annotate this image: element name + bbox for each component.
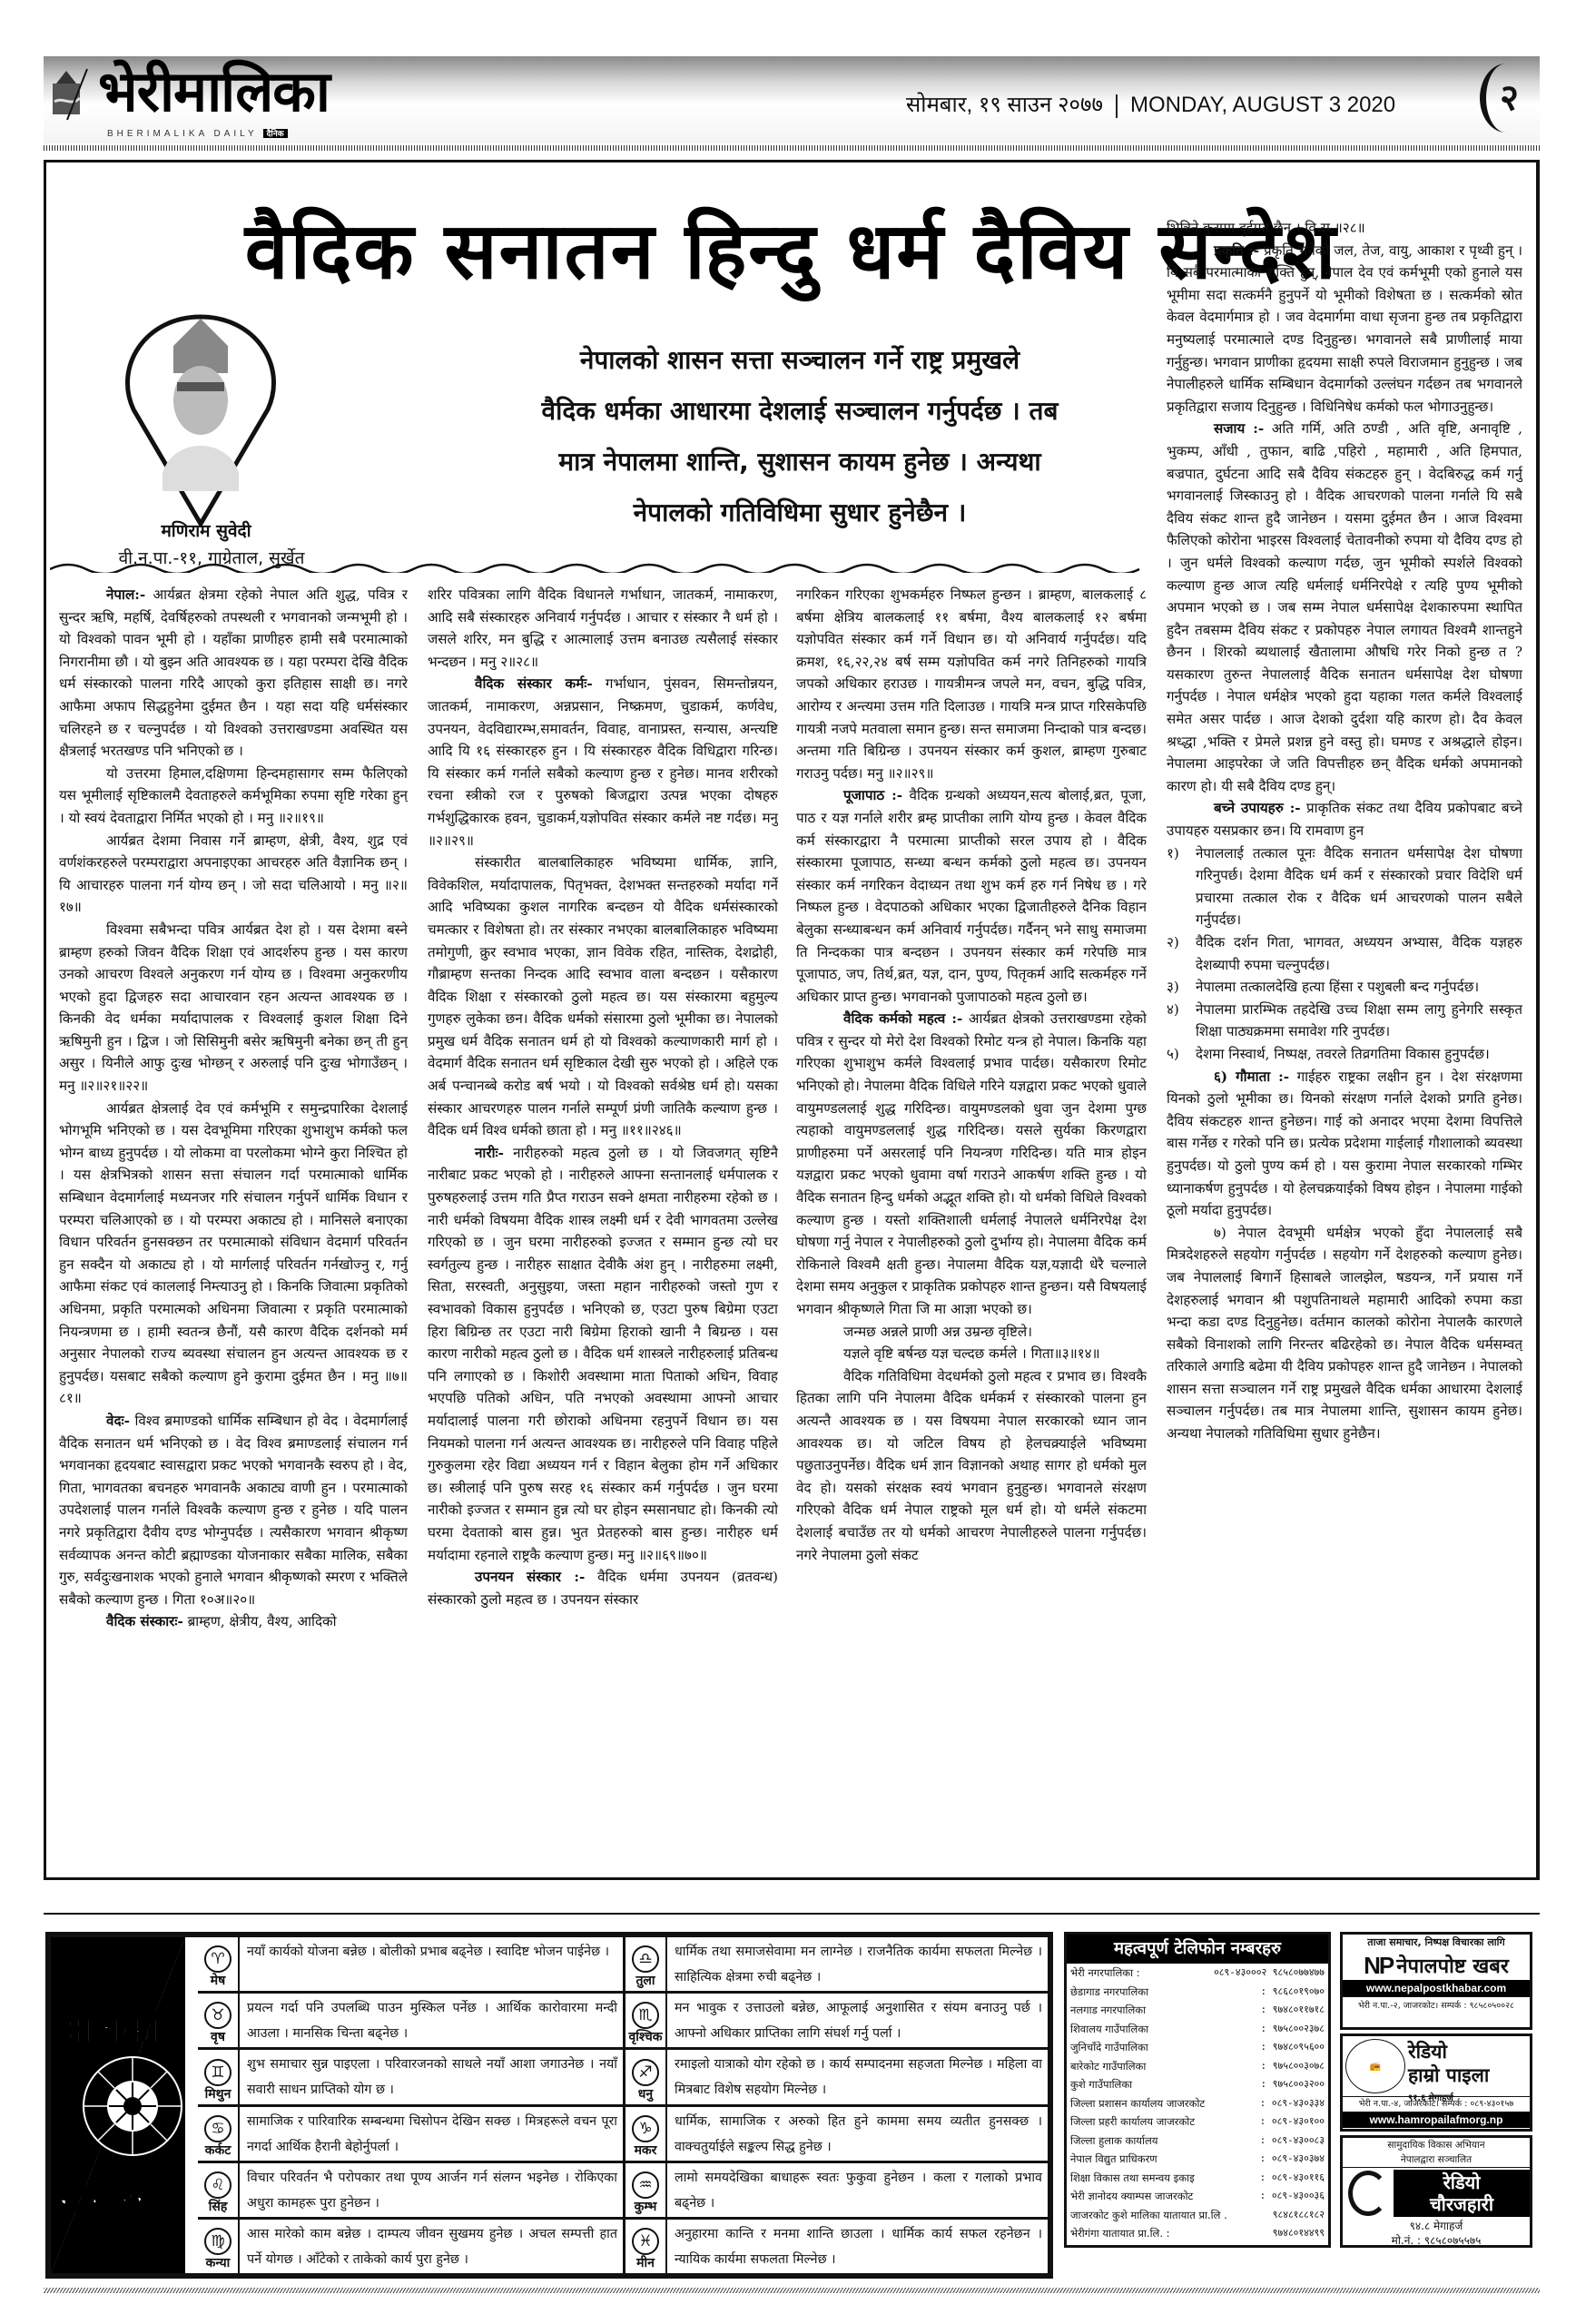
article-column-2: शरिर पवित्रका लागि वैदिक विधानले गर्भाधा… [428,584,778,1873]
horoscope-text: विचार परिवर्तन भै परोपकार तथा पूण्य आर्ज… [240,2163,623,2217]
page-number: २ [1480,64,1532,133]
phone-entry: भेरी नगरपालिका :०८९-४३०००२ ९८५८०७७४७७ [1067,1964,1328,1983]
horoscope-column-right: ♎तुला धार्मिक तथा समाजसेवामा मन लाग्नेछ … [623,1937,1048,2273]
sign-name: कर्कट [205,2142,231,2159]
sign-cell: ♓मीन [625,2220,667,2273]
phone-entry: जिल्ला प्रहरी कार्यालय जाजरकोट: ०८९-४३०१… [1067,2112,1328,2132]
taurus-icon: ♉ [204,2002,231,2029]
date-separator [1116,94,1118,118]
horoscope-row-brischik: ♏वृश्चिक मन भावुक र उत्ताउलो बन्नेछ, आफू… [625,1994,1048,2050]
paragraph: सजाय :- अति गर्मि, अति ठण्डी , अति वृष्ट… [1167,418,1522,797]
section-heading: नारीः- [475,1145,504,1161]
sign-name: मिथुन [205,2086,231,2102]
verse-text: जन्मछ अन्नले प्राणी अन्न उम्रन्छ वृष्टिल… [843,1324,1032,1340]
horoscope-text: धार्मिक, सामाजिक र अरुको हित हुने काममा … [667,2107,1048,2161]
horoscope-text: शुभ समाचार सुन्न पाइएला । परिवारजनको साथ… [240,2050,623,2103]
paragraph-text: अति गर्मि, अति ठण्डी , अति वृष्टि, अनावृ… [1167,420,1522,794]
list-number: १) [1167,842,1196,865]
horoscope-row-mithun: ♊मिथुन शुभ समाचार सुन्न पाइएला । परिवारज… [198,2050,623,2106]
cancer-icon: ♋ [204,2115,231,2142]
paragraph-text: वैदिक गतिविधिमा वेदधर्मको ठुलो महत्व र प… [796,1368,1147,1563]
sign-name: धनु [638,2086,653,2102]
aries-icon: ♈ [204,1945,231,1973]
temple-emblem-icon [51,65,91,123]
phone-entry-name: शिक्षा विकास तथा समन्वय इकाइ [1070,2169,1195,2188]
lead-line: वैदिक धर्मका आधारमा देशलाई सञ्चालन गर्नु… [428,386,1172,437]
phone-entry: जाजरकोट कुशे मालिका यातायात प्रा.लि .९८४… [1067,2206,1328,2225]
phone-number[interactable]: : ९८६८०१९०७० [1261,1983,1325,2002]
sign-name: कुम्भ [635,2199,657,2215]
paragraph: विश्वमा सबैभन्दा पवित्र आर्यब्रत देश हो … [59,919,408,1098]
newspaper-title: भेरीमालिका [98,60,330,123]
paragraph-text: यो उत्तरमा हिमाल,दक्षिणमा हिन्दमहासागर स… [59,765,408,826]
ad-tagline: ताजा समाचार, निष्पक्ष विचारका लागि [1343,1935,1530,1951]
paragraph: प्रकृति :- प्रकृति भनेको जल, तेज, वायु, … [1167,240,1522,419]
radio-name-line1: रेडियो [1408,2040,1530,2063]
hamropaila-contact: भेरी न.पा.-४, जाजरकोट। सम्पर्क : ०८९-४३०… [1343,2096,1530,2112]
libra-icon: ♎ [632,1945,659,1973]
phone-entry-name: जिल्ला प्रशासन कार्यालय जाजरकोट [1070,2094,1205,2113]
chaurjahari-brand: रेडियो चौरजहारी [1343,2168,1530,2219]
list-item: ३)नेपालमा तत्कालदेखि हत्या हिंसा र पशुबल… [1167,976,1522,999]
paragraph-text: भित्रिने कुरामा दुईमत छैन । वि.स.॥२८॥ [1167,220,1365,236]
paragraph-text: विश्व ब्रमाण्डको धार्मिक सम्बिधान हो वेद… [59,1413,408,1608]
phone-entry: नलगाड नगरपालिका: ९७४८०११७१८ [1067,2001,1328,2020]
lead-quote: नेपालको शासन सत्ता सञ्चालन गर्ने राष्ट्र… [428,335,1172,538]
horoscope-text: नयाँ कार्यको योजना बन्नेछ । बोलीको प्रभा… [240,1937,623,1991]
paragraph: वेदः- विश्व ब्रमाण्डको धार्मिक सम्बिधान … [59,1410,408,1610]
horoscope-row-singha: ♌सिंह विचार परिवर्तन भै परोपकार तथा पूण्… [198,2163,623,2220]
lead-line: नेपालको गतिविधिमा सुधार हुनेछैन । [428,487,1172,538]
horoscope-column-left: ♈मेष नयाँ कार्यको योजना बन्नेछ । बोलीको … [198,1937,623,2273]
aquarius-icon: ♒ [632,2171,659,2199]
paragraph: वैदिक संस्कार कर्मः- गर्भाधान, पुंसवन, स… [428,673,778,852]
author-portrait [110,310,291,527]
masthead: भेरीमालिका BHERIMALIKA DAILYदैनिक सोमबार… [44,56,1540,143]
chaurjahari-tagline2: नेपालद्वारा सञ्चालित [1343,2152,1530,2167]
sign-cell: ♌सिंह [198,2163,240,2217]
scorpio-icon: ♏ [632,2002,659,2029]
horoscope-text: धार्मिक तथा समाजसेवामा मन लाग्नेछ । राजन… [667,1937,1048,1991]
horoscope-banner: आजको भाग्यरेखा [51,1937,185,2273]
phone-entry-name: जाजरकोट कुशे मालिका यातायात प्रा.लि . [1070,2206,1227,2225]
list-text: नेपाललाई तत्काल पूनः वैदिक सनातन धर्मसाप… [1196,845,1522,929]
verse-line: जन्मछ अन्नले प्राणी अन्न उम्रन्छ वृष्टिल… [796,1321,1147,1344]
section-heading: वैदिक कर्मको महत्व :- [843,1010,962,1027]
sagittarius-icon: ♐ [632,2059,659,2086]
phone-entry-name: जिल्ला हुलाक कार्यालय [1070,2132,1157,2151]
sign-cell: ♑मकर [625,2107,667,2161]
phone-entry: शिक्षा विकास तथा समन्वय इकाइ: ०८९-४३०११६ [1067,2169,1328,2188]
paragraph-text: आर्यब्रत क्षेत्रको उत्तराखण्डमा रहेको पव… [796,1010,1147,1317]
paragraph: वैदिक संस्कारः- ब्राम्हण, क्षेत्रीय, वैश… [59,1610,408,1633]
paragraph: नेपाल:- आर्यब्रत क्षेत्रमा रहेको नेपाल अ… [59,584,408,763]
author-name: मणिराम सुवेदी [133,518,279,542]
paragraph: यो उत्तरमा हिमाल,दक्षिणमा हिन्दमहासागर स… [59,763,408,830]
phone-entry: छेडागाड नगरपालिका: ९८६८०१९०७० [1067,1983,1328,2002]
paragraph-text: आर्यब्रत देशमा निवास गर्ने ब्राम्हण, क्ष… [59,832,408,916]
section-heading: वैदिक संस्कारः- [106,1613,183,1630]
daily-badge: दैनिक [263,129,288,138]
virgo-icon: ♍ [204,2228,231,2255]
radio-name-line1: रेडियो [1394,2171,1530,2193]
horoscope-row-kumbha: ♒कुम्भ लामो समयदेखिका बाधाहरू स्वतः फुकु… [625,2163,1048,2220]
paragraph: नगरिकन गरिएका शुभकर्महरु निष्फल हुन्छन ।… [796,584,1147,784]
paragraph: बच्ने उपायहरु :- प्राकृतिक संकट तथा दैवि… [1167,797,1522,842]
sign-cell: ♍कन्या [198,2220,240,2273]
paragraph-text: शरिर पवित्रका लागि वैदिक विधानले गर्भाधा… [428,586,778,670]
sign-cell: ♒कुम्भ [625,2163,667,2217]
radio-name: रेडियो हाम्रो पाइला ९१.६ मेगाहर्ज [1408,2036,1530,2096]
phone-entry: जिल्ला हुलाक कार्यालय: ०८९-४३००८३ [1067,2132,1328,2151]
paragraph-text: गाईहरु राष्ट्रका लक्षीन हुन । देश संरक्ष… [1167,1068,1522,1219]
lead-line: नेपालको शासन सत्ता सञ्चालन गर्ने राष्ट्र… [428,335,1172,386]
newspaper-subtitle: BHERIMALIKA DAILYदैनिक [107,127,288,139]
zodiac-wheel-icon [78,2052,185,2161]
radio-name-line2: हाम्रो पाइला [1408,2063,1530,2087]
horoscope-row-meen: ♓मीन अनुहारमा कान्ति र मनमा शान्ति छाउला… [625,2220,1048,2273]
sign-name: कन्या [206,2255,231,2271]
date-english: MONDAY, AUGUST 3 2020 [1130,93,1395,117]
list-item: २)वैदिक दर्शन गिता, भागवत, अध्ययन अभ्यास… [1167,931,1522,976]
phone-entry-name: जिल्ला प्रहरी कार्यालय जाजरकोट [1070,2112,1195,2132]
chaurjahari-header: सामुदायिक विकास अभियान नेपालद्वारा सञ्चा… [1343,2138,1530,2168]
list-text: नेपालमा तत्कालदेखि हत्या हिंसा र पशुबली … [1196,979,1479,995]
sign-cell: ♏वृश्चिक [625,1994,667,2047]
horoscope-row-brish: ♉वृष प्रयत्न गर्दा पनि उपलब्धि पाउन मुस्… [198,1994,623,2050]
phone-entry-name: छेडागाड नगरपालिका [1070,1983,1148,2002]
phone-entry: नेपाल विद्युत प्राधिकरण: ०८९-४३०३७४ [1067,2150,1328,2169]
phone-entry: बारेकोट गाउँपालिका: ९७५८००३०७८ [1067,2057,1328,2076]
radio-name-line2: चौरजहारी [1394,2193,1530,2215]
section-heading: पूजापाठ :- [843,787,902,803]
phone-entry-name: भेरीगंगा यातायात प्रा.लि. : [1070,2224,1170,2243]
paragraph-text: प्रकृति भनेको जल, तेज, वायु, आकाश र पृथ्… [1167,242,1522,415]
paragraph: वैदिक कर्मको महत्व :- आर्यब्रत क्षेत्रको… [796,1008,1147,1320]
phone-directory-title: महत्वपूर्ण टेलिफोन नम्बरहरु [1067,1935,1328,1964]
phone-entry-name: जुनिचाँदे गाउँपालिका [1070,2038,1148,2057]
remedies-list: १)नेपाललाई तत्काल पूनः वैदिक सनातन धर्मस… [1167,842,1522,1066]
phone-number[interactable]: : ०८९-४३०३३४ [1260,2094,1325,2113]
sign-name: मीन [636,2255,655,2271]
article-box: वैदिक सनातन हिन्दु धर्म दैविय सन्देश मणि… [44,160,1540,1880]
paragraph-text: ब्राम्हण, क्षेत्रीय, वैश्य, आदिको [183,1613,337,1630]
chaurjahari-logo-icon [1348,2171,1388,2216]
paragraph-text: आर्यब्रत क्षेत्रमा रहेको नेपाल अति शुद्ध… [59,586,408,759]
horoscope-row-karkat: ♋कर्कट सामाजिक र पारिवारिक सम्बन्धमा चिस… [198,2107,623,2163]
horoscope-text: सामाजिक र पारिवारिक सम्बन्धमा चिसोपन देख… [240,2107,623,2161]
sign-name: तुला [635,1973,655,1989]
list-text: नेपालमा प्रारम्भिक तहदेखि उच्च शिक्षा सम… [1196,1001,1522,1040]
ad-radio-hamro-paila[interactable]: 📻 रेडियो हाम्रो पाइला ९१.६ मेगाहर्ज भेरी… [1340,2033,1532,2132]
chaurjahari-tagline1: सामुदायिक विकास अभियान [1343,2138,1530,2152]
horoscope-grid: ♈मेष नयाँ कार्यको योजना बन्नेछ । बोलीको … [198,1937,1048,2273]
radio-header: 📻 रेडियो हाम्रो पाइला ९१.६ मेगाहर्ज [1343,2036,1530,2096]
phone-number[interactable]: : ९७४८०११७१८ [1261,2001,1325,2020]
phone-entry-name: नेपाल विद्युत प्राधिकरण [1070,2150,1157,2169]
nepal-map-radio-icon: 📻 [1345,2039,1405,2093]
phone-entry: भेरीगंगा यातायात प्रा.लि. :९७४८०१४४९९ [1067,2224,1328,2243]
nepalpost-contact: भेरी न.पा.-२, जाजरकोट। सम्पर्क : ९८५८०५०… [1343,1996,1530,2015]
phone-entry-name: भेरी ज्ञानोदय क्याम्पस जाजरकोट [1070,2187,1193,2206]
phone-number[interactable]: : ९७४८०९५६०० [1261,2038,1325,2057]
horoscope-row-kanya: ♍कन्या आस मारेको काम बन्नेछ । दाम्पत्य ज… [198,2220,623,2273]
list-item: १)नेपाललाई तत्काल पूनः वैदिक सनातन धर्मस… [1167,842,1522,931]
phone-number[interactable]: : ९७५८००३२०० [1261,2075,1325,2094]
phone-number[interactable]: ९८४८१८८१८२ [1273,2206,1325,2225]
paragraph: नारीः- नारीहरुको महत्व ठुलो छ । यो जिवजग… [428,1142,778,1566]
phone-entry: भेरी ज्ञानोदय क्याम्पस जाजरकोट: ०८९-४३००… [1067,2187,1328,2206]
phone-entry-name: बारेकोट गाउँपालिका [1070,2057,1146,2076]
verse-text: यज्ञले वृष्टि बर्षन्छ यज्ञ चल्दछ कर्मले … [843,1345,1100,1362]
section-heading: सजाय :- [1214,420,1264,437]
leo-icon: ♌ [204,2171,231,2199]
paragraph: शरिर पवित्रका लागि वैदिक विधानले गर्भाधा… [428,584,778,673]
paragraph-text: नारीहरुको महत्व ठुलो छ । यो जिवजगत् सृष्… [428,1145,778,1563]
paragraph-text: गर्भाधान, पुंसवन, सिमन्तोन्नयन, जातकर्म,… [428,675,778,848]
horoscope-text: लामो समयदेखिका बाधाहरू स्वतः फुकुवा हुने… [667,2163,1048,2217]
phone-entry-name: भेरी नगरपालिका : [1070,1964,1140,1983]
nepalpost-logo: NP नेपालपोष्ट खबर [1343,1951,1530,1980]
sign-name: सिंह [209,2199,228,2215]
paragraph: पूजापाठ :- वैदिक ग्रन्थको अध्ययन,सत्य बो… [796,784,1147,1008]
chaurjahari-name: रेडियो चौरजहारी [1394,2170,1530,2217]
sign-cell: ♎तुला [625,1937,667,1991]
phone-number[interactable]: : ९७५८००३०७८ [1261,2057,1325,2076]
date-nepali: सोमबार, १९ साउन २०७७ [906,93,1103,117]
paragraph: वैदिक गतिविधिमा वेदधर्मको ठुलो महत्व र प… [796,1365,1147,1566]
paragraph: ६) गौमाता :- गाईहरु राष्ट्रका लक्षीन हुन… [1167,1066,1522,1222]
section-heading: ६) गौमाता :- [1214,1068,1289,1085]
phone-number[interactable]: ९७४८०१४४९९ [1273,2224,1325,2243]
paragraph-text: संस्कारीत बालबालिकाहरु भविष्यमा धार्मिक,… [428,854,778,1138]
ad-nepalpost-khabar[interactable]: ताजा समाचार, निष्पक्ष विचारका लागि NP ने… [1340,1932,1532,2030]
section-heading: वैदिक संस्कार कर्मः- [475,675,593,692]
phone-number[interactable]: : ०८९-४३००८३ [1260,2132,1325,2151]
horoscope-text: रमाइलो यात्राको योग रहेको छ । कार्य सम्प… [667,2050,1048,2103]
section-divider [44,1913,1540,1915]
phone-number[interactable]: : ९७५८००२३७८ [1261,2020,1325,2039]
phone-number[interactable]: ०८९-४३०००२ ९८५८०७७४७७ [1214,1964,1325,1983]
horoscope-title-top: आजको [54,2003,161,2054]
horoscope-text: मन भावुक र उत्ताउलो बन्नेछ, आफूलाई अनुशा… [667,1994,1048,2047]
list-text: देशमा निस्वार्थ, निष्पक्ष, तवरले तिव्रगत… [1196,1046,1490,1062]
chaurjahari-mobile: मो.नं. : ९८५८०७५५७५ [1343,2233,1530,2248]
paragraph-text: आर्यब्रत क्षेत्रलाई देव एवं कर्मभूमि र स… [59,1100,408,1407]
paragraph-text: नगरिकन गरिएका शुभकर्महरु निष्फल हुन्छन ।… [796,586,1147,782]
verse-line: यज्ञले वृष्टि बर्षन्छ यज्ञ चल्दछ कर्मले … [796,1343,1147,1365]
gemini-icon: ♊ [204,2059,231,2086]
paragraph-text: वैदिक ग्रन्थको अध्ययन,सत्य बोलाई,ब्रत, प… [796,787,1147,1004]
section-heading: बच्ने उपायहरु :- [1214,800,1301,816]
sign-cell: ♋कर्कट [198,2107,240,2161]
pisces-icon: ♓ [632,2228,659,2255]
phone-entry: शिवालय गाउँपालिका: ९७५८००२३७८ [1067,2020,1328,2039]
list-item: ५)देशमा निस्वार्थ, निष्पक्ष, तवरले तिव्र… [1167,1043,1522,1066]
horoscope-text: आस मारेको काम बन्नेछ । दाम्पत्य जीवन सुख… [240,2220,623,2273]
article-column-3: नगरिकन गरिएका शुभकर्महरु निष्फल हुन्छन ।… [796,584,1147,1873]
sign-cell: ♈मेष [198,1937,240,1991]
article-column-1: नेपाल:- आर्यब्रत क्षेत्रमा रहेको नेपाल अ… [59,584,408,1873]
phone-directory: महत्वपूर्ण टेलिफोन नम्बरहरु भेरी नगरपालि… [1064,1932,1331,2248]
phone-entry: जिल्ला प्रशासन कार्यालय जाजरकोट: ०८९-४३०… [1067,2094,1328,2113]
paragraph: संस्कारीत बालबालिकाहरु भविष्यमा धार्मिक,… [428,852,778,1142]
subtitle-text: BHERIMALIKA DAILY [107,129,258,139]
list-number: ३) [1167,976,1196,999]
horoscope-text: अनुहारमा कान्ति र मनमा शान्ति छाउला । धा… [667,2220,1048,2273]
phone-entry: कुशे गाउँपालिका: ९७५८००३२०० [1067,2075,1328,2094]
sign-name: वृष [211,2029,225,2045]
phone-entry: जुनिचाँदे गाउँपालिका: ९७४८०९५६०० [1067,2038,1328,2057]
section-heading: वेदः- [106,1413,130,1429]
horoscope-row-mesh: ♈मेष नयाँ कार्यको योजना बन्नेछ । बोलीको … [198,1937,623,1994]
wavy-divider [50,560,1157,573]
horoscope-panel: आजको भाग्यरेखा ♈मेष नयाँ कार्यको योजना ब… [45,1932,1053,2279]
article-column-4: भित्रिने कुरामा दुईमत छैन । वि.स.॥२८॥ प्… [1167,217,1522,1873]
list-text: वैदिक दर्शन गिता, भागवत, अध्ययन अभ्यास, … [1196,934,1522,973]
phone-number[interactable]: : ०८९-४३००३६ [1260,2187,1325,2206]
nepalpost-url-link[interactable]: www.nepalpostkhabar.com [1343,1980,1530,1996]
sign-name: मकर [635,2142,657,2159]
phone-number[interactable]: : ०८९-४३०११६ [1260,2169,1325,2188]
list-item: ४)नेपालमा प्रारम्भिक तहदेखि उच्च शिक्षा … [1167,999,1522,1043]
issue-date: सोमबार, १९ साउन २०७७MONDAY, AUGUST 3 202… [906,89,1395,119]
paragraph-text: विश्वमा सबैभन्दा पवित्र आर्यब्रत देश हो … [59,921,408,1094]
sign-cell: ♐धनु [625,2050,667,2103]
chaurjahari-frequency: ९४.८ मेगाहर्ज [1343,2219,1530,2233]
list-number: २) [1167,931,1196,954]
section-heading: नेपाल:- [106,586,145,603]
section-heading: प्रकृति :- [1214,242,1259,259]
paragraph: आर्यब्रत क्षेत्रलाई देव एवं कर्मभूमि र स… [59,1098,408,1410]
list-number: ४) [1167,999,1196,1021]
nepalpost-name: नेपालपोष्ट खबर [1396,1952,1509,1979]
section-heading: उपनयन संस्कार :- [475,1569,585,1585]
paragraph: आर्यब्रत देशमा निवास गर्ने ब्राम्हण, क्ष… [59,830,408,919]
horoscope-text: प्रयत्न गर्दा पनि उपलब्धि पाउन मुस्किल प… [240,1994,623,2047]
horoscope-row-dhanu: ♐धनु रमाइलो यात्राको योग रहेको छ । कार्य… [625,2050,1048,2106]
horoscope-row-tula: ♎तुला धार्मिक तथा समाजसेवामा मन लाग्नेछ … [625,1937,1048,1994]
hamropaila-url-link[interactable]: www.hamropailafmorg.np [1343,2112,1530,2128]
np-logo-icon: NP [1364,1952,1393,1980]
capricorn-icon: ♑ [632,2115,659,2142]
phone-entry-name: शिवालय गाउँपालिका [1070,2020,1148,2039]
horoscope-row-makar: ♑मकर धार्मिक, सामाजिक र अरुको हित हुने क… [625,2107,1048,2163]
horoscope-title-bottom: भाग्यरेखा [54,2171,174,2221]
ad-radio-chaurjahari[interactable]: सामुदायिक विकास अभियान नेपालद्वारा सञ्चा… [1340,2135,1532,2248]
phone-number[interactable]: : ०८९-४३०३७४ [1260,2150,1325,2169]
sign-name: मेष [211,1973,225,1989]
bottom-hatch-rule [44,2288,1540,2293]
paragraph: उपनयन संस्कार :- वैदिक धर्ममा उपनयन (व्र… [428,1566,778,1610]
sign-cell: ♉वृष [198,1994,240,2047]
phone-entry-name: नलगाड नगरपालिका [1070,2001,1146,2020]
phone-number[interactable]: : ०८९-४३०१०० [1260,2112,1325,2132]
lead-line: मात्र नेपालमा शान्ति, सुशासन कायम हुनेछ … [428,437,1172,487]
paragraph-text: ७) नेपाल देवभूमी धर्मक्षेत्र भएको हुँदा … [1167,1225,1522,1442]
list-number: ५) [1167,1043,1196,1066]
paragraph: भित्रिने कुरामा दुईमत छैन । वि.स.॥२८॥ [1167,217,1522,240]
paragraph: ७) नेपाल देवभूमी धर्मक्षेत्र भएको हुँदा … [1167,1222,1522,1445]
sign-cell: ♊मिथुन [198,2050,240,2103]
sign-name: वृश्चिक [628,2029,662,2045]
phone-entry-name: कुशे गाउँपालिका [1070,2075,1132,2094]
newspaper-logo[interactable]: भेरीमालिका [51,60,330,123]
